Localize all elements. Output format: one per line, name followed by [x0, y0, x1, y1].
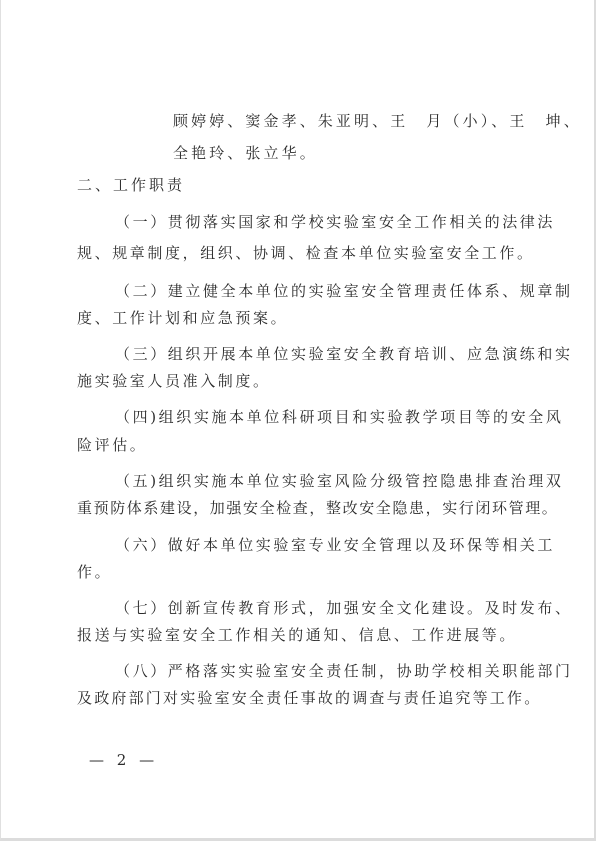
names-list-line-2: 全艳玲、张立华。: [173, 143, 318, 163]
duty-item-8-line-2: 及政府部门对实验室安全责任事故的调查与责任追究等工作。: [77, 688, 541, 708]
duty-item-2-line-2: 度、工作计划和应急预案。: [77, 308, 288, 328]
document-page: 顾婷婷、窦金孝、朱亚明、王 月（小）、王 坤、 全艳玲、张立华。 二、工作职责 …: [0, 0, 596, 841]
duty-item-6-line-2: 作。: [77, 562, 112, 582]
duty-item-4-line-2: 险评估。: [77, 435, 147, 455]
duty-item-3-line-1: （三）组织开展本单位实验室安全教育培训、应急演练和实: [115, 344, 573, 364]
duty-item-1-line-2: 规、规章制度，组织、协调、检查本单位实验室安全工作。: [77, 243, 535, 263]
duty-item-5-line-2: 重预防体系建设，加强安全检查，整改安全隐患，实行闭环管理。: [77, 498, 558, 518]
duty-item-1-line-1: （一）贯彻落实国家和学校实验室安全工作相关的法律法: [115, 212, 555, 232]
duty-item-3-line-2: 施实验室人员准入制度。: [77, 371, 271, 391]
duty-item-4-line-1: （四)组织实施本单位科研项目和实验教学项目等的安全风: [115, 407, 563, 427]
duty-item-6-line-1: （六）做好本单位实验室专业安全管理以及环保等相关工: [115, 535, 555, 555]
section-heading: 二、工作职责: [77, 175, 185, 195]
duty-item-5-line-1: （五)组织实施本单位实验室风险分级管控隐患排查治理双: [115, 471, 563, 491]
duty-item-7-line-1: （七）创新宣传教育形式，加强安全文化建设。及时发布、: [115, 598, 573, 618]
names-list-line-1: 顾婷婷、窦金孝、朱亚明、王 月（小）、王 坤、: [173, 111, 582, 131]
page-number: — 2 —: [89, 750, 158, 770]
duty-item-7-line-2: 报送与实验室安全工作相关的通知、信息、工作进展等。: [77, 625, 517, 645]
duty-item-2-line-1: （二）建立健全本单位的实验室安全管理责任体系、规章制: [115, 281, 573, 301]
duty-item-8-line-1: （八）严格落实实验室安全责任制，协助学校相关职能部门: [115, 661, 573, 681]
